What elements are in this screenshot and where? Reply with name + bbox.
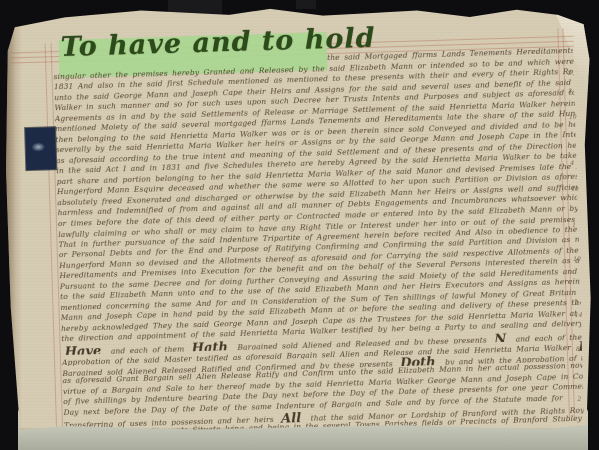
margin-notes-column: 231041011021482 — [0, 0, 587, 17]
blue-duty-stamp — [25, 127, 56, 170]
margin-note: 1 — [572, 222, 576, 229]
margin-note: 3 — [568, 88, 572, 95]
backdrop-clamp — [296, 0, 316, 9]
margin-note: 4 — [570, 160, 574, 167]
photo-backdrop: To have and to hold the said Mortgaged f… — [0, 0, 599, 450]
margin-note: 8 — [576, 346, 580, 353]
inked-layer: To have and to hold the said Mortgaged f… — [0, 0, 599, 444]
margin-note: 14 — [575, 312, 583, 319]
margin-note: 10 — [573, 256, 581, 263]
margin-note: 2 — [577, 396, 581, 403]
manuscript-body: the said Mortgaged ffarms Lands Tenement… — [53, 46, 584, 439]
margin-note: 2 — [568, 70, 572, 77]
margin-note: 10 — [571, 186, 579, 193]
margin-note: 10 — [569, 114, 577, 121]
margin-note: 2 — [574, 300, 578, 307]
parchment-sheet: To have and to hold the said Mortgaged f… — [6, 8, 593, 435]
